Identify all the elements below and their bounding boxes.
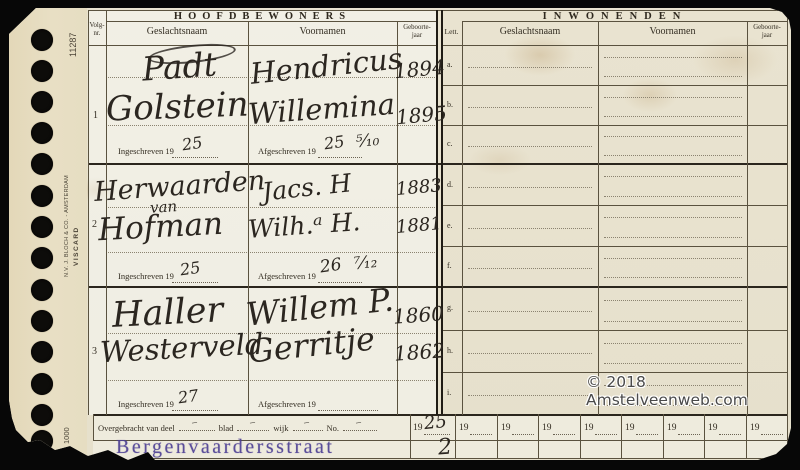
deregistered-year-handwritten: 25: [323, 132, 346, 154]
surname-handwritten: Padt: [141, 44, 218, 88]
birthyear-handwritten: 1894: [393, 55, 446, 83]
row-number: 3: [92, 346, 97, 357]
lodger-row-h: h.: [443, 330, 787, 372]
transferred-from-label: Overgebracht van deel: [98, 423, 175, 433]
lodger-letter: b.: [447, 100, 453, 109]
birthyear-handwritten: 1860: [392, 301, 444, 328]
column-header-birthyear-lodgers: Geboorte- jaar: [747, 24, 787, 40]
deregistered-date-fraction: ⁷⁄₁₂: [353, 252, 378, 274]
card-serial-number: 11287: [68, 11, 78, 57]
registered-label: Ingeschreven 19: [118, 399, 174, 409]
lodger-row-a: a.: [443, 45, 787, 85]
house-number-handwritten: 2: [437, 435, 453, 461]
lodger-letter: i.: [447, 388, 451, 397]
lodger-letter: a.: [447, 60, 453, 69]
lodger-letter: d.: [447, 180, 453, 189]
birthyear-handwritten: 1881: [395, 213, 442, 238]
column-header-firstnames: Voornamen: [248, 26, 397, 37]
lodger-row-f: f.: [443, 246, 787, 286]
deregistered-year-handwritten: 26: [319, 255, 343, 278]
column-header-volgnr: Volg- nr.: [88, 22, 106, 38]
street-name-stamp: Bergenvaardersstraat: [116, 436, 334, 459]
lodger-row-g: g.: [443, 287, 787, 330]
main-residents-title: HOOFDBEWONERS: [88, 11, 437, 22]
deregistered-label: Afgeschreven 19: [258, 146, 316, 156]
registered-label: Ingeschreven 19: [118, 146, 174, 156]
column-header-surname-lodgers: Geslachtsnaam: [462, 26, 598, 37]
row-number: 2: [92, 219, 97, 230]
deregistered-label: Afgeschreven 19: [258, 271, 316, 281]
lodger-letter: f.: [447, 261, 452, 270]
year-cell-prefix: 19: [413, 423, 423, 433]
lodger-letter: c.: [447, 139, 453, 148]
scanned-card-photo: 11287 VISCARD N.V. J. BLOCH & CO. - AMST…: [0, 0, 800, 470]
lodger-letter: g.: [447, 303, 453, 312]
lodger-row-c: c.: [443, 125, 787, 163]
column-header-lett: Lett.: [441, 27, 462, 36]
surname-handwritten: Golstein: [105, 85, 249, 130]
register-card: 11287 VISCARD N.V. J. BLOCH & CO. - AMST…: [0, 0, 800, 470]
birthyear-handwritten: 1895: [395, 101, 448, 129]
printer-imprint: N.V. J. BLOCH & CO. - AMSTERDAM: [64, 172, 70, 277]
registered-year-handwritten: 25: [179, 258, 202, 280]
lodgers-title: INWONENDEN: [443, 11, 787, 22]
registered-year-handwritten: 25: [181, 133, 204, 155]
card-brand: VISCARD: [73, 196, 80, 266]
district-label: wijk: [273, 423, 288, 433]
column-header-surname: Geslachtsnaam: [106, 26, 248, 37]
stock-number: 1000: [62, 410, 71, 444]
row-number: 1: [93, 110, 98, 121]
deregistered-date-fraction: ⁵⁄₁₀: [355, 130, 380, 152]
number-label: No.: [327, 423, 340, 433]
lodger-row-b: b.: [443, 85, 787, 125]
transfer-line: Overgebracht van deel blad wijk No.: [98, 421, 408, 433]
column-header-birthyear: Geboorte- jaar: [397, 24, 437, 40]
lodger-letter: h.: [447, 346, 453, 355]
transfer-year-handwritten: 25: [423, 411, 448, 434]
copyright-watermark: © 2018 Amstelveenweb.com: [586, 373, 800, 409]
lodger-letter: e.: [447, 221, 453, 230]
birthyear-handwritten: 1883: [395, 175, 442, 200]
column-header-firstnames-lodgers: Voornamen: [598, 26, 747, 37]
lodger-row-d: d.: [443, 164, 787, 205]
sheet-label: blad: [219, 423, 234, 433]
registered-label: Ingeschreven 19: [118, 271, 174, 281]
registered-year-handwritten: 27: [177, 386, 200, 408]
surname-handwritten: Hofman: [97, 206, 224, 248]
deregistered-label: Afgeschreven 19: [258, 399, 316, 409]
lodger-row-e: e.: [443, 205, 787, 246]
birthyear-handwritten: 1862: [393, 338, 445, 365]
